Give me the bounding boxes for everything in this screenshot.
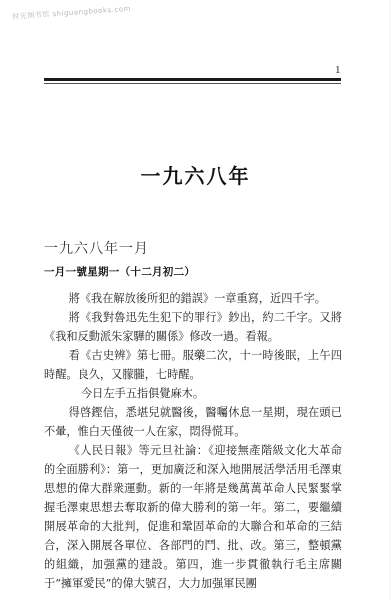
chapter-title: 一九六八年 xyxy=(0,160,391,189)
paragraph: 將《我對魯迅先生犯下的罪行》鈔出，約二千字。又將《我和反動派朱家驊的關係》修改一… xyxy=(44,308,342,346)
month-heading: 一九六八年一月 xyxy=(44,238,149,258)
header-rule xyxy=(44,78,341,81)
header-rule-thin xyxy=(44,83,341,84)
page-number: 1 xyxy=(335,64,341,76)
paragraph: 今日左手五指俱覺麻木。 xyxy=(44,384,342,403)
date-heading: 一月一號星期一（十二月初二） xyxy=(44,264,195,279)
paragraph: 得啓鏗信，悉堪兒就醫後，醫囑休息一星期，現在頭已不暈，惟白天僅彼一人在家，悶得慌… xyxy=(44,403,342,441)
diary-body: 將《我在解放後所犯的錯誤》一章重寫，近四千字。 將《我對魯迅先生犯下的罪行》鈔出… xyxy=(44,289,342,593)
watermark: 时光图书馆 shiguangbooks.com xyxy=(12,4,131,22)
paragraph: 看《古史辨》第七冊。服藥二次，十一時後眠，上午四時醒。良久，又朦朧，七時醒。 xyxy=(44,346,342,384)
paragraph: 將《我在解放後所犯的錯誤》一章重寫，近四千字。 xyxy=(44,289,342,308)
paragraph: 《人民日報》等元旦社論：《迎接無產階級文化大革命的全面勝利》：第一，更加廣泛和深… xyxy=(44,441,342,593)
